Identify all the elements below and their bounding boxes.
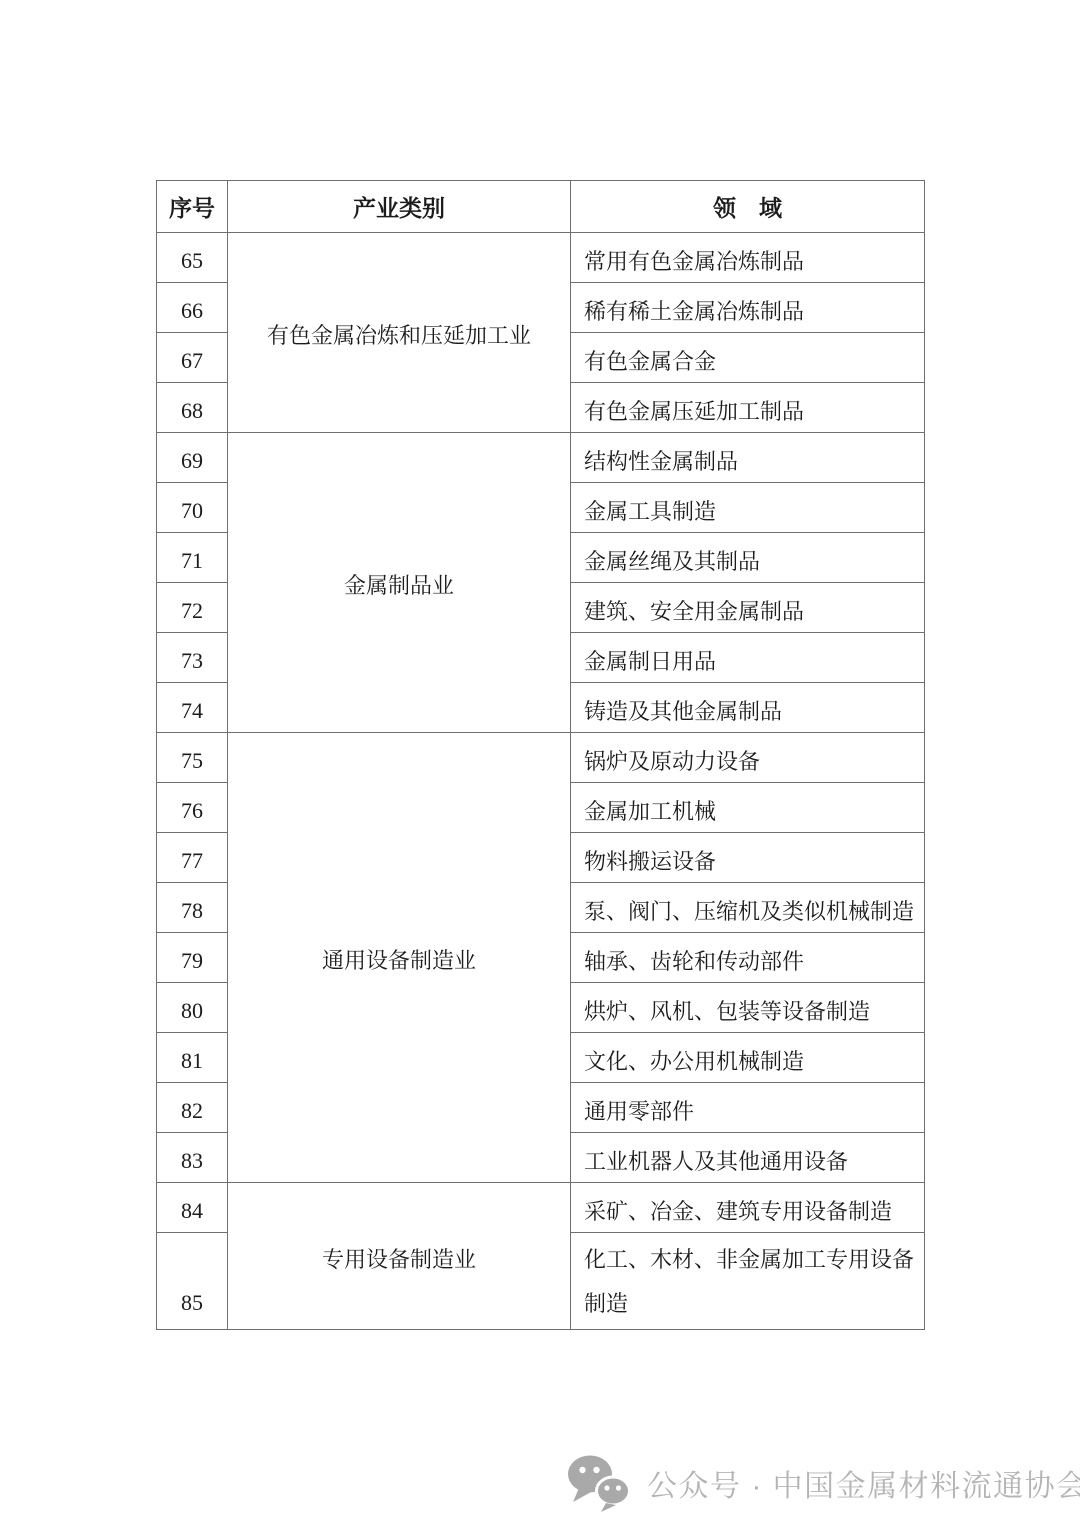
header-industry-category: 产业类别 [228,181,571,233]
industry-table: 序号 产业类别 领 域 65有色金属冶炼和压延加工业常用有色金属冶炼制品66稀有… [156,180,925,1330]
field-cell: 有色金属压延加工制品 [571,383,925,433]
field-cell: 常用有色金属冶炼制品 [571,233,925,283]
row-number-cell: 84 [157,1183,228,1233]
header-field: 领 域 [571,181,925,233]
category-cell: 金属制品业 [228,433,571,733]
row-number-cell: 76 [157,783,228,833]
row-number-cell: 75 [157,733,228,783]
row-number-cell: 71 [157,533,228,583]
row-number-cell: 68 [157,383,228,433]
field-cell: 文化、办公用机械制造 [571,1033,925,1083]
field-cell: 通用零部件 [571,1083,925,1133]
field-cell: 金属丝绳及其制品 [571,533,925,583]
field-cell: 工业机器人及其他通用设备 [571,1133,925,1183]
row-number-cell: 83 [157,1133,228,1183]
table-body: 65有色金属冶炼和压延加工业常用有色金属冶炼制品66稀有稀土金属冶炼制品67有色… [157,233,925,1330]
field-cell: 采矿、冶金、建筑专用设备制造 [571,1183,925,1233]
row-number-cell: 77 [157,833,228,883]
row-number-cell: 81 [157,1033,228,1083]
table-header-row: 序号 产业类别 领 域 [157,181,925,233]
row-number-cell: 65 [157,233,228,283]
row-number-cell: 85 [157,1233,228,1330]
table-row: 75通用设备制造业锅炉及原动力设备 [157,733,925,783]
field-cell: 泵、阀门、压缩机及类似机械制造 [571,883,925,933]
header-serial-number: 序号 [157,181,228,233]
watermark-text: 公众号 · 中国金属材料流通协会 [647,1461,1080,1505]
row-number-cell: 66 [157,283,228,333]
field-cell: 结构性金属制品 [571,433,925,483]
field-cell: 建筑、安全用金属制品 [571,583,925,633]
field-cell: 金属制日用品 [571,633,925,683]
row-number-cell: 80 [157,983,228,1033]
row-number-cell: 67 [157,333,228,383]
row-number-cell: 82 [157,1083,228,1133]
watermark-footer: 公众号 · 中国金属材料流通协会 [566,1447,1080,1519]
row-number-cell: 72 [157,583,228,633]
field-cell: 化工、木材、非金属加工专用设备制造 [571,1233,925,1330]
row-number-cell: 70 [157,483,228,533]
field-cell: 金属加工机械 [571,783,925,833]
category-cell: 通用设备制造业 [228,733,571,1183]
table-row: 65有色金属冶炼和压延加工业常用有色金属冶炼制品 [157,233,925,283]
table-row: 69金属制品业结构性金属制品 [157,433,925,483]
field-cell: 铸造及其他金属制品 [571,683,925,733]
document-page: 序号 产业类别 领 域 65有色金属冶炼和压延加工业常用有色金属冶炼制品66稀有… [0,0,1080,1527]
table-row: 84专用设备制造业采矿、冶金、建筑专用设备制造 [157,1183,925,1233]
wechat-icon [566,1453,632,1513]
row-number-cell: 79 [157,933,228,983]
field-cell: 稀有稀土金属冶炼制品 [571,283,925,333]
row-number-cell: 78 [157,883,228,933]
category-cell: 有色金属冶炼和压延加工业 [228,233,571,433]
field-cell: 金属工具制造 [571,483,925,533]
field-cell: 锅炉及原动力设备 [571,733,925,783]
row-number-cell: 69 [157,433,228,483]
category-cell: 专用设备制造业 [228,1183,571,1330]
field-cell: 有色金属合金 [571,333,925,383]
field-cell: 物料搬运设备 [571,833,925,883]
field-cell: 轴承、齿轮和传动部件 [571,933,925,983]
field-cell: 烘炉、风机、包装等设备制造 [571,983,925,1033]
row-number-cell: 74 [157,683,228,733]
row-number-cell: 73 [157,633,228,683]
